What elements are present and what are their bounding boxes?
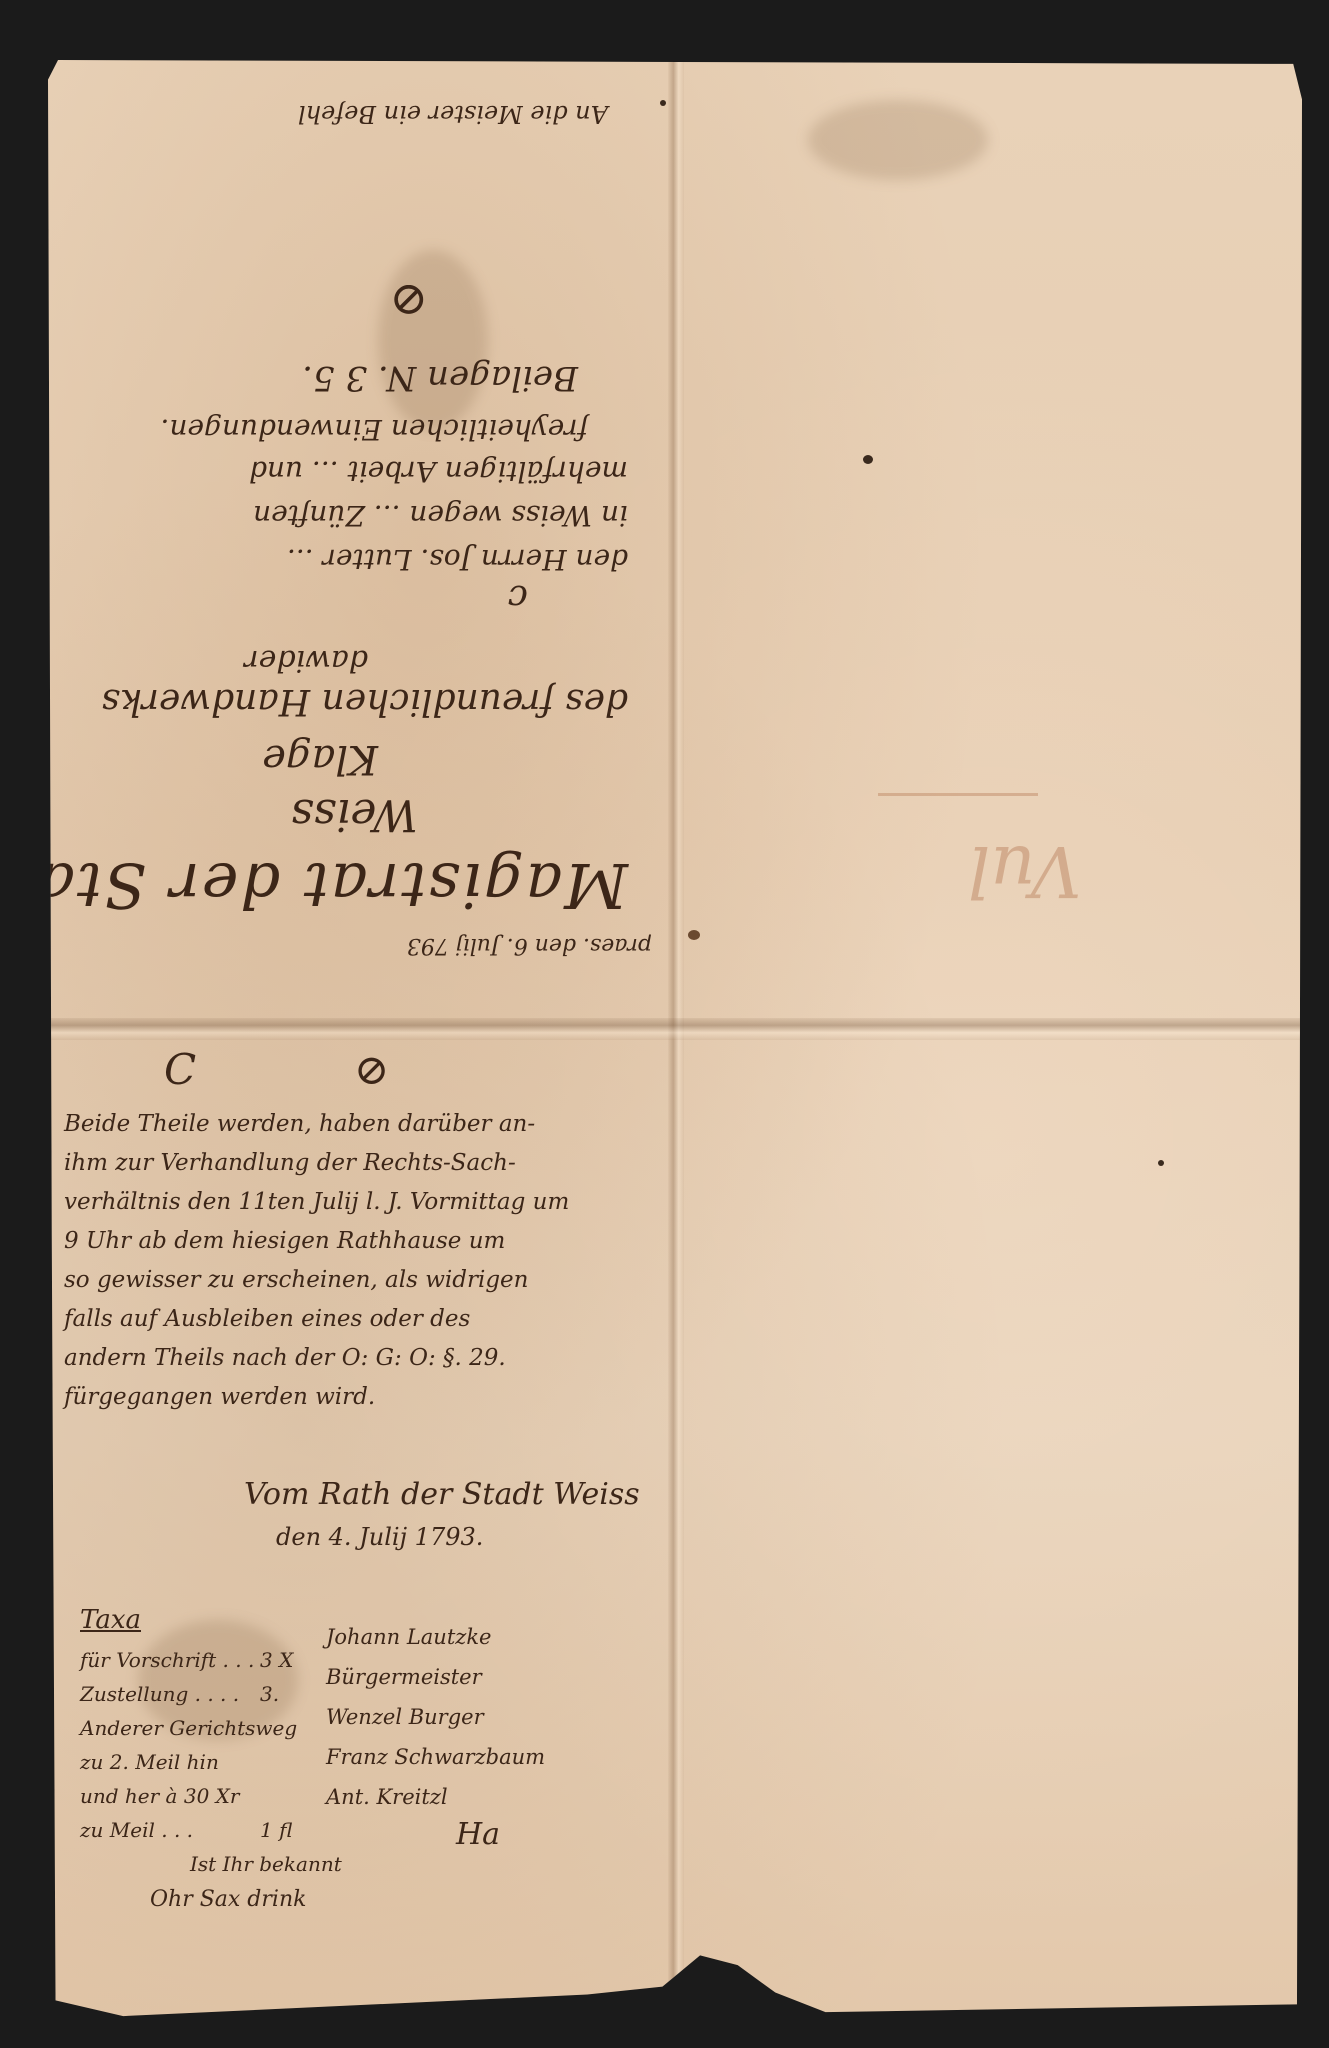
fee-heading: Taxa <box>80 1605 342 1635</box>
document-sheet: An die Meister ein Befehl ⊘ Beilagen N. … <box>48 60 1302 2020</box>
body-line: 9 Uhr ab dem hiesigen Rathhause um <box>64 1222 569 1261</box>
signature-flourish: Ha <box>456 1817 545 1852</box>
received-note: praes. den 6. Julij 793 <box>407 933 652 958</box>
fee-label: und her à 30 Xr <box>80 1779 260 1813</box>
summons-section: C ⊘ Beide Theile werden, haben darüber a… <box>64 1045 664 1101</box>
water-stain <box>808 100 988 180</box>
body-line: andern Theils nach der O: G: O: §. 29. <box>64 1339 569 1378</box>
body-line: falls auf Ausbleiben eines oder des <box>64 1300 569 1339</box>
body-line: verhältnis den 11ten Julij l. J. Vormitt… <box>64 1183 569 1222</box>
fee-amount: 1 fl <box>260 1813 300 1847</box>
fee-label: Anderer Gerichtsweg <box>80 1711 260 1745</box>
ink-speck <box>688 930 700 940</box>
fee-row: Anderer Gerichtsweg <box>80 1711 342 1745</box>
closing-line: Vom Rath der Stadt Weiss <box>244 1477 640 1512</box>
date-line: den 4. Julij 1793. <box>276 1523 483 1551</box>
fee-amount: 3. <box>260 1677 300 1711</box>
address-line-1: den Herrn Jos. Lutter ... <box>287 543 628 576</box>
fee-amount <box>260 1711 300 1745</box>
fee-amount <box>260 1779 300 1813</box>
section-mark: ⊘ <box>389 274 428 328</box>
fee-total: Ist Ihr bekannt <box>190 1847 342 1881</box>
address-title: Magistrat der Stadt <box>0 849 628 922</box>
address-line-4: freyheitlichen Einwendungen. <box>161 413 589 446</box>
body-line: so gewisser zu erscheinen, als widrigen <box>64 1261 569 1300</box>
fee-footer: Ohr Sax drink <box>150 1881 342 1919</box>
horizontal-fold <box>48 1018 1302 1040</box>
fee-row: Zustellung . . . .3. <box>80 1677 342 1711</box>
faint-red-rule <box>878 793 1038 796</box>
signature: Franz Schwarzbaum <box>326 1737 545 1777</box>
address-subtitle: Weiss <box>291 789 418 840</box>
signature: Johann Lautzke <box>326 1617 545 1657</box>
fee-row: für Vorschrift . . .3 X <box>80 1643 342 1677</box>
address-line-2: in Weiss wegen ... Zünften <box>253 499 628 532</box>
c-mark: C <box>164 1045 196 1094</box>
enclosures-line: Beilagen N. 3 5. <box>302 358 578 398</box>
fee-label: für Vorschrift . . . <box>80 1643 260 1677</box>
signature-block: Johann Lautzke Bürgermeister Wenzel Burg… <box>326 1617 545 1852</box>
fee-label: Zustellung . . . . <box>80 1677 260 1711</box>
section-mark: ⊘ <box>354 1045 389 1094</box>
body-line: fürgegangen werden wird. <box>64 1378 569 1417</box>
address-body-2: dawider <box>244 643 368 678</box>
address-panel: An die Meister ein Befehl ⊘ Beilagen N. … <box>68 60 668 1018</box>
fee-label: zu Meil . . . <box>80 1813 260 1847</box>
fee-row: zu 2. Meil hin <box>80 1745 342 1779</box>
signature: Bürgermeister <box>326 1657 545 1697</box>
address-line-3: mehrfältigen Arbeit ... und <box>249 455 628 488</box>
fee-amount: 3 X <box>260 1643 300 1677</box>
vertical-fold <box>668 60 684 2020</box>
address-body-1: des freundlichen Handwerks <box>101 681 628 722</box>
body-line: Beide Theile werden, haben darüber an- <box>64 1105 569 1144</box>
signature: Ant. Kreitzl <box>326 1777 545 1817</box>
address-footer-line: An die Meister ein Befehl <box>298 100 608 128</box>
summons-marks: C ⊘ <box>64 1045 664 1101</box>
ink-speck <box>1158 1160 1164 1166</box>
fee-row: zu Meil . . .1 fl <box>80 1813 342 1847</box>
summons-body: Beide Theile werden, haben darüber an- i… <box>64 1105 569 1417</box>
fee-amount <box>260 1745 300 1779</box>
address-subtitle-2: Klage <box>262 736 378 782</box>
faint-numeral: Vul <box>968 830 1082 912</box>
fee-row: und her à 30 Xr <box>80 1779 342 1813</box>
fee-label: zu 2. Meil hin <box>80 1745 260 1779</box>
fee-table: Taxa für Vorschrift . . .3 X Zustellung … <box>80 1605 342 1919</box>
signature: Wenzel Burger <box>326 1697 545 1737</box>
body-line: ihm zur Verhandlung der Rechts-Sach- <box>64 1144 569 1183</box>
ink-speck <box>863 455 873 464</box>
c-mark: c <box>508 577 528 618</box>
